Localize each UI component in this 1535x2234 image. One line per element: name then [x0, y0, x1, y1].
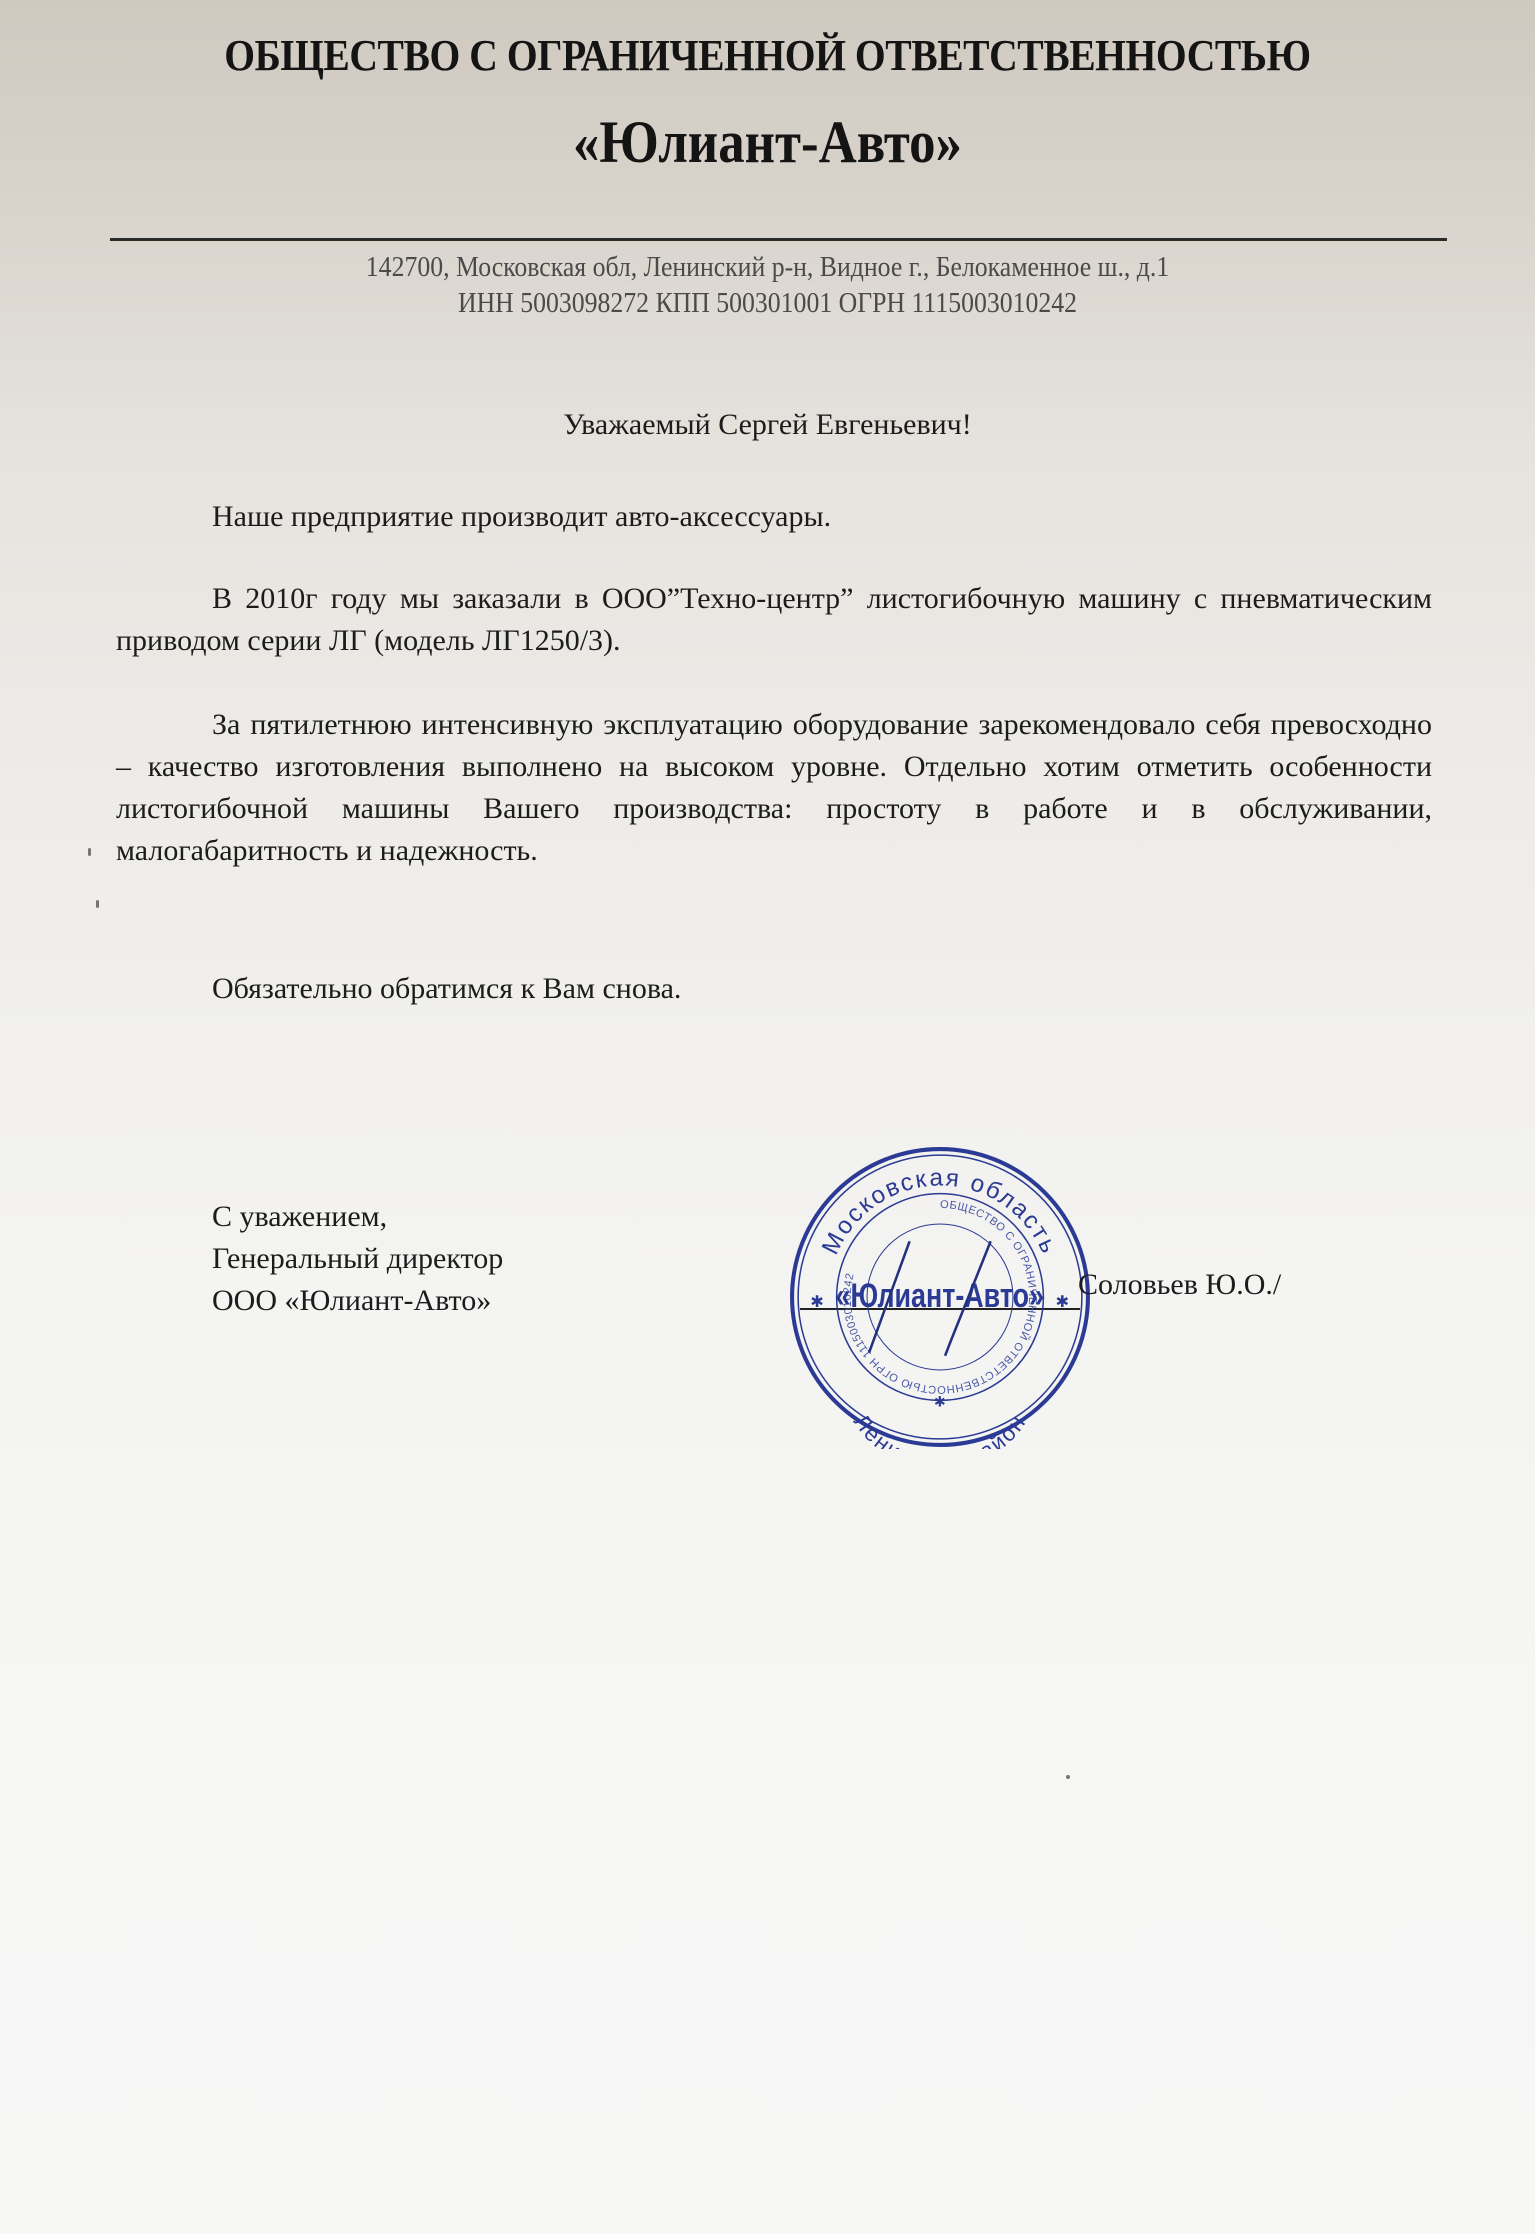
company-stamp: Московская область Ленинский район ОБЩЕС…	[788, 1145, 1092, 1449]
svg-text:✱: ✱	[934, 1394, 946, 1410]
letter-page: ОБЩЕСТВО С ОГРАНИЧЕННОЙ ОТВЕТСТВЕННОСТЬЮ…	[0, 0, 1535, 2234]
signer-name: Соловьев Ю.О./	[1078, 1268, 1281, 1302]
stamp-seal-icon: Московская область Ленинский район ОБЩЕС…	[788, 1145, 1092, 1449]
salutation: Уважаемый Сергей Евгеньевич!	[0, 408, 1535, 442]
signature-block: С уважением, Генеральный директор ООО «Ю…	[212, 1196, 503, 1322]
letterhead-divider	[110, 238, 1447, 241]
signer-company: ООО «Юлиант-Авто»	[212, 1280, 503, 1322]
signer-position: Генеральный директор	[212, 1238, 503, 1280]
paper-speck	[96, 900, 99, 908]
svg-text:✱: ✱	[810, 1292, 824, 1311]
paragraph-3: За пятилетнюю интенсивную эксплуатацию о…	[116, 704, 1432, 872]
address-line: 142700, Московская обл, Ленинский р-н, В…	[61, 250, 1473, 286]
paper-speck	[88, 848, 91, 856]
letterhead-address: 142700, Московская обл, Ленинский р-н, В…	[61, 250, 1473, 322]
closing: С уважением,	[212, 1196, 503, 1238]
letterhead-company-name: «Юлиант-Авто»	[92, 108, 1443, 177]
svg-text:✱: ✱	[1056, 1292, 1070, 1311]
registry-line: ИНН 5003098272 КПП 500301001 ОГРН 111500…	[61, 286, 1473, 322]
paragraph-1: Наше предприятие производит авто-аксессу…	[116, 496, 1432, 538]
paragraph-4: Обязательно обратимся к Вам снова.	[116, 968, 1432, 1010]
letterhead-org-form: ОБЩЕСТВО С ОГРАНИЧЕННОЙ ОТВЕТСТВЕННОСТЬЮ	[77, 30, 1459, 81]
paper-speck	[1066, 1775, 1070, 1779]
paragraph-2: В 2010г году мы заказали в ООО”Техно-цен…	[116, 578, 1432, 662]
stamp-center-text: «Юлиант-Авто»	[836, 1276, 1044, 1315]
